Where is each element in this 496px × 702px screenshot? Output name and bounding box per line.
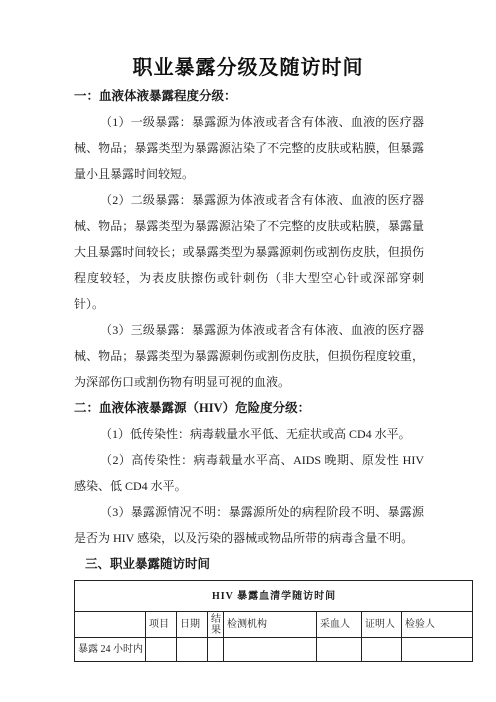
table-cell-empty [177,638,208,662]
table-cell-empty [146,638,177,662]
section-3-heading: 三、职业暴露随访时间 [74,551,424,577]
row-label: 暴露 24 小时内 [75,638,146,662]
section-1-paragraph-1: （1）一级暴露：暴露源为体液或者含有体液、血液的医疗器械、物品；暴露类型为暴露源… [74,109,424,187]
followup-table: HIV 暴露血清学随访时间 项目 日期 结果 检测机构 采血人 证明人 检验人 … [74,580,473,662]
section-1-heading: 一：血液体液暴露程度分级： [74,83,424,109]
document-title: 职业暴露分级及随访时间 [0,0,496,81]
header-cell-date: 日期 [177,612,208,638]
table-cell-empty [362,638,402,662]
header-cell-result: 结果 [208,612,224,638]
table-cell-empty [317,638,362,662]
table-row: 暴露 24 小时内 [75,638,473,662]
section-1-paragraph-3: （3）三级暴露：暴露源为体液或者含有体液、血液的医疗器械、物品；暴露类型为暴露源… [74,317,424,395]
document-body: 一：血液体液暴露程度分级： （1）一级暴露：暴露源为体液或者含有体液、血液的医疗… [74,83,424,577]
table-title: HIV 暴露血清学随访时间 [75,581,473,612]
table-cell-empty [208,638,224,662]
header-cell-witness: 证明人 [362,612,402,638]
table-cell-empty [402,638,473,662]
section-1-paragraph-2: （2）二级暴露：暴露源为体液或者含有体液、血液的医疗器械、物品；暴露类型为暴露源… [74,187,424,317]
section-2-heading: 二：血液体液暴露源（HIV）危险度分级： [74,395,424,421]
section-2-paragraph-1: （1）低传染性：病毒载量水平低、无症状或高 CD4 水平。 [74,421,424,447]
header-cell-agency: 检测机构 [224,612,317,638]
table-cell-empty [224,638,317,662]
section-2-paragraph-3: （3）暴露源情况不明：暴露源所处的病程阶段不明、暴露源是否为 HIV 感染，以及… [74,499,424,551]
document-page: 职业暴露分级及随访时间 一：血液体液暴露程度分级： （1）一级暴露：暴露源为体液… [0,0,496,702]
section-2-paragraph-2: （2）高传染性：病毒载量水平高、AIDS 晚期、原发性 HIV 感染、低 CD4… [74,447,424,499]
header-cell-inspector: 检验人 [402,612,473,638]
header-cell-blank [75,612,146,638]
header-cell-item: 项目 [146,612,177,638]
table-header-row: 项目 日期 结果 检测机构 采血人 证明人 检验人 [75,612,473,638]
table-title-row: HIV 暴露血清学随访时间 [75,581,473,612]
header-cell-blood-drawer: 采血人 [317,612,362,638]
